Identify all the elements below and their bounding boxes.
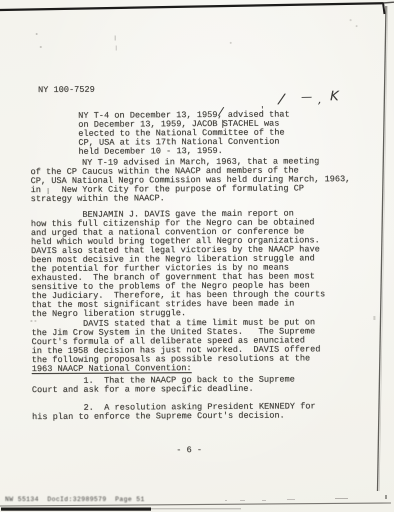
paragraph-davis-report: BENJAMIN J. DAVIS gave the main report o… <box>31 209 326 319</box>
handwritten-comma-mark: , <box>318 93 322 106</box>
proposal-item-1: 1. That the NAACP go back to the Supreme… <box>32 375 295 395</box>
paper-speck <box>34 320 36 322</box>
document-page: NY 100-7529 NY T-4 on December 13, 1959,… <box>0 0 394 512</box>
paper-speck <box>356 25 358 27</box>
paragraph-informant-t4: NY T-4 on December 13, 1959, advised tha… <box>78 110 290 156</box>
underlined-convention-line: 1963 NAACP National Convention: <box>32 364 192 374</box>
paper-speck <box>36 33 38 35</box>
proposal-item-2: 2. A resolution asking President KENNEDY… <box>32 402 316 422</box>
paper-speck <box>30 320 32 322</box>
footer-noise-dash <box>287 499 295 500</box>
handwritten-dash-mark: — <box>301 90 312 103</box>
page-number: - 6 - <box>176 446 202 455</box>
handwritten-k-mark: K <box>330 89 339 104</box>
digitization-footer: NW 55134 DocId:32989579 Page 51 <box>5 496 145 503</box>
handwritten-slash-mark: / <box>278 91 285 107</box>
paragraph-davis-proposals: DAVIS stated that a time limit must be p… <box>31 318 320 365</box>
file-number: NY 100-7529 <box>38 86 95 95</box>
paper-speck <box>230 42 232 44</box>
footer-noise-dash <box>335 498 348 499</box>
paper-speck <box>350 19 352 21</box>
footer-noise-dash <box>262 500 266 501</box>
margin-tick <box>373 316 375 320</box>
footer-noise-dash <box>240 500 245 501</box>
paper-speck <box>40 46 42 48</box>
inline-tick-mark: ' <box>261 106 264 116</box>
stray-tick-top-1 <box>115 36 116 41</box>
paragraph-informant-t19: NY T-19 advised in March, 1963, that a m… <box>30 157 350 204</box>
footer-right-mark <box>385 495 387 499</box>
footer-noise-dot <box>225 500 227 501</box>
stray-vertical-stroke-stachel <box>222 120 223 128</box>
stray-tick-top-2 <box>116 46 117 51</box>
stray-vertical-stroke-in <box>48 188 49 194</box>
